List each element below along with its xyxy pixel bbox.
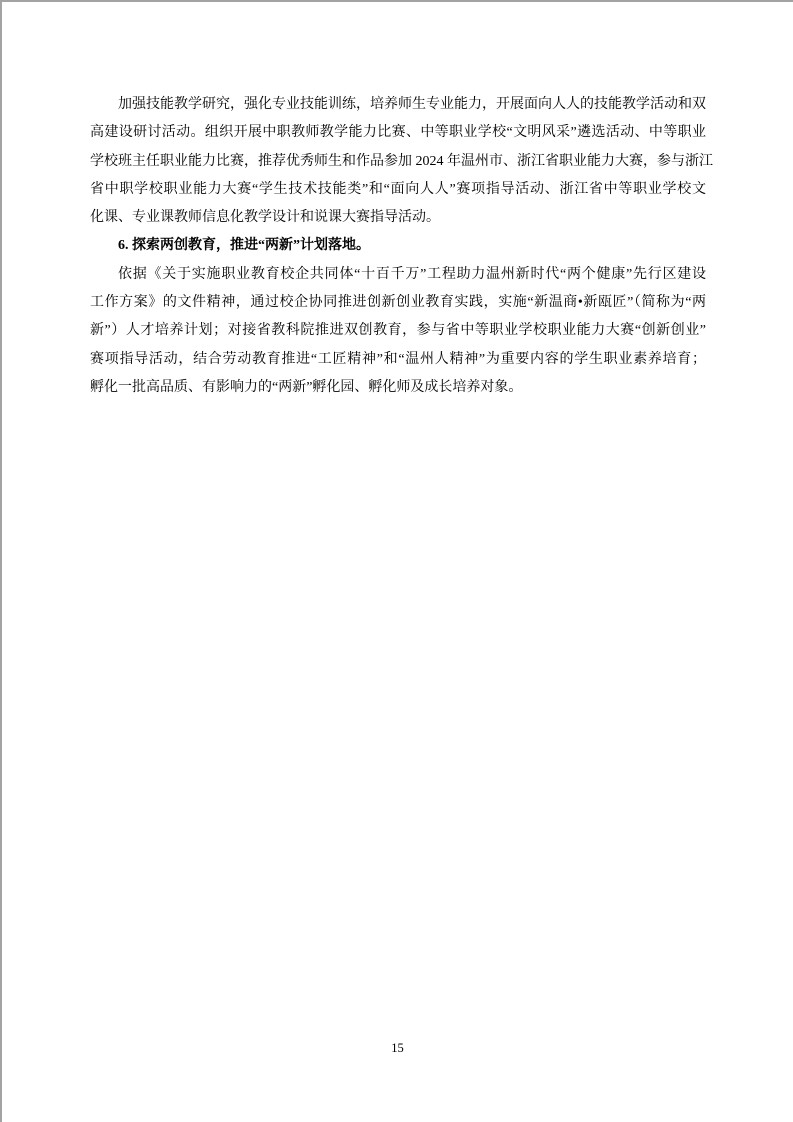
paragraph-skills-teaching: 加强技能教学研究，强化专业技能训练，培养师生专业能力，开展面向人人的技能教学活动… [90, 91, 706, 232]
paragraph-line: 依据《关于实施职业教育校企共同体“十百千万”工程助力温州新时代“两个健康”先行区… [90, 261, 706, 289]
paragraph-line: 新”）人才培养计划；对接省教科院推进双创教育，参与省中等职业学校职业能力大赛“创… [90, 317, 706, 345]
paragraph-line: 省中职学校职业能力大赛“学生技术技能类”和“面向人人”赛项指导活动、浙江省中等职… [90, 176, 706, 204]
section-heading: 6. 探索两创教育，推进“两新”计划落地。 [90, 232, 706, 260]
text-block: 加强技能教学研究，强化专业技能训练，培养师生专业能力，开展面向人人的技能教学活动… [90, 91, 706, 402]
paragraph-line: 高建设研讨活动。组织开展中职教师教学能力比赛、中等职业学校“文明风采”遴选活动、… [90, 119, 706, 147]
paragraph-line: 孵化一批高品质、有影响力的“两新”孵化园、孵化师及成长培养对象。 [90, 374, 706, 402]
paragraph-line: 化课、专业课教师信息化教学设计和说课大赛指导活动。 [90, 204, 706, 232]
document-page: 加强技能教学研究，强化专业技能训练，培养师生专业能力，开展面向人人的技能教学活动… [0, 0, 793, 1122]
page-number: 15 [2, 1040, 793, 1056]
paragraph-line: 学校班主任职业能力比赛，推荐优秀师生和作品参加 2024 年温州市、浙江省职业能… [90, 148, 706, 176]
paragraph-line: 加强技能教学研究，强化专业技能训练，培养师生专业能力，开展面向人人的技能教学活动… [90, 91, 706, 119]
paragraph-line: 赛项指导活动，结合劳动教育推进“工匠精神”和“温州人精神”为重要内容的学生职业素… [90, 346, 706, 374]
paragraph-innovation-education: 依据《关于实施职业教育校企共同体“十百千万”工程助力温州新时代“两个健康”先行区… [90, 261, 706, 402]
paragraph-line: 工作方案》的文件精神，通过校企协同推进创新创业教育实践，实施“新温商•新瓯匠”（… [90, 289, 706, 317]
